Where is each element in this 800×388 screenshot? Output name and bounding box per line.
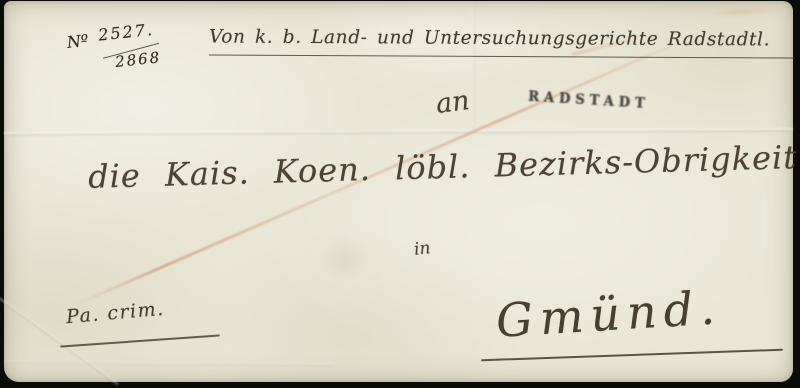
preposition-in: in (413, 238, 431, 260)
vertical-fold-crease (472, 5, 475, 129)
corner-note-underline (60, 334, 220, 347)
registry-no-label: Nº (66, 31, 89, 52)
registry-numerator: 2527. (97, 20, 154, 45)
destination-underline (481, 349, 783, 362)
scan-background: Nº 2527. 2868 Von k. b. Land- und Unters… (0, 0, 800, 388)
wax-seal-impression (287, 209, 402, 309)
destination-name: Gmünd. (495, 280, 724, 348)
addressee-line: die Kais. Koen. löbl. Bezirks-Obrigkeit (88, 138, 798, 196)
sender-office-line: Von k. b. Land- und Untersuchungsgericht… (209, 26, 795, 58)
red-crayon-smudge (694, 4, 789, 21)
registry-number-block: Nº 2527. 2868 (65, 9, 221, 88)
salutation-an: an (434, 85, 471, 120)
radstadt-straightline-postmark: RADSTADT (528, 89, 650, 113)
bottom-fold-crease (4, 361, 334, 367)
registry-denominator: 2868 (114, 48, 162, 71)
letter-paper: Nº 2527. 2868 Von k. b. Land- und Unters… (4, 1, 793, 382)
horizontal-fold-crease (4, 128, 793, 136)
